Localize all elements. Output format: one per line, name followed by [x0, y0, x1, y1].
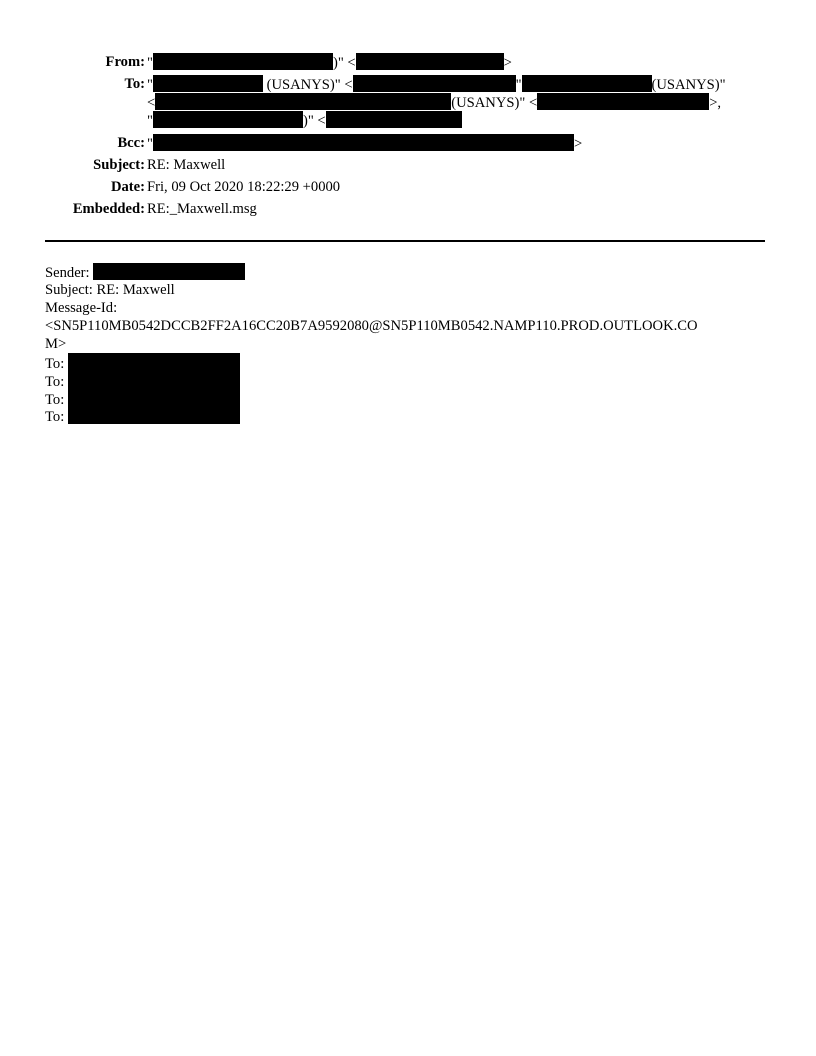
redaction: [93, 263, 245, 280]
date-label: Date:: [0, 178, 145, 196]
redaction: [537, 93, 709, 110]
to-value-line3: ")" <: [147, 111, 462, 130]
embedded-message: Sender: Subject: RE: Maxwell Message-Id:…: [45, 263, 698, 425]
redaction: [68, 407, 240, 424]
redaction: [522, 75, 652, 92]
date-value: Fri, 09 Oct 2020 18:22:29 +0000: [147, 178, 340, 196]
bcc-label: Bcc:: [0, 134, 145, 152]
redaction: [356, 53, 504, 70]
to-line: To:: [45, 389, 698, 407]
redaction: [153, 53, 333, 70]
redaction: [68, 353, 240, 371]
redaction: [153, 111, 303, 128]
message-id-value: <SN5P110MB0542DCCB2FF2A16CC20B7A9592080@…: [45, 317, 698, 335]
embedded-label: Embedded:: [0, 200, 145, 218]
embedded-value: RE:_Maxwell.msg: [147, 200, 257, 218]
from-value: ")" <>: [147, 53, 512, 72]
redaction: [155, 93, 451, 110]
subject-line: Subject: RE: Maxwell: [45, 281, 698, 299]
to-label: To:: [0, 75, 145, 93]
sender-line: Sender:: [45, 263, 698, 281]
from-label: From:: [0, 53, 145, 71]
to-line: To:: [45, 353, 698, 371]
redaction: [68, 371, 240, 389]
to-line: To:: [45, 407, 698, 425]
to-line: To:: [45, 371, 698, 389]
divider: [45, 240, 765, 242]
subject-value: RE: Maxwell: [147, 156, 225, 174]
bcc-value: ">: [147, 134, 582, 153]
redaction: [153, 75, 263, 92]
to-value-line2: <(USANYS)" <>,: [147, 93, 721, 112]
redaction: [353, 75, 516, 92]
message-id-label: Message-Id:: [45, 299, 698, 317]
redaction: [153, 134, 574, 151]
to-value-line1: " (USANYS)" <"(USANYS)": [147, 75, 726, 94]
message-id-value-cont: M>: [45, 335, 698, 353]
redaction: [68, 389, 240, 407]
subject-label: Subject:: [0, 156, 145, 174]
redaction: [326, 111, 462, 128]
